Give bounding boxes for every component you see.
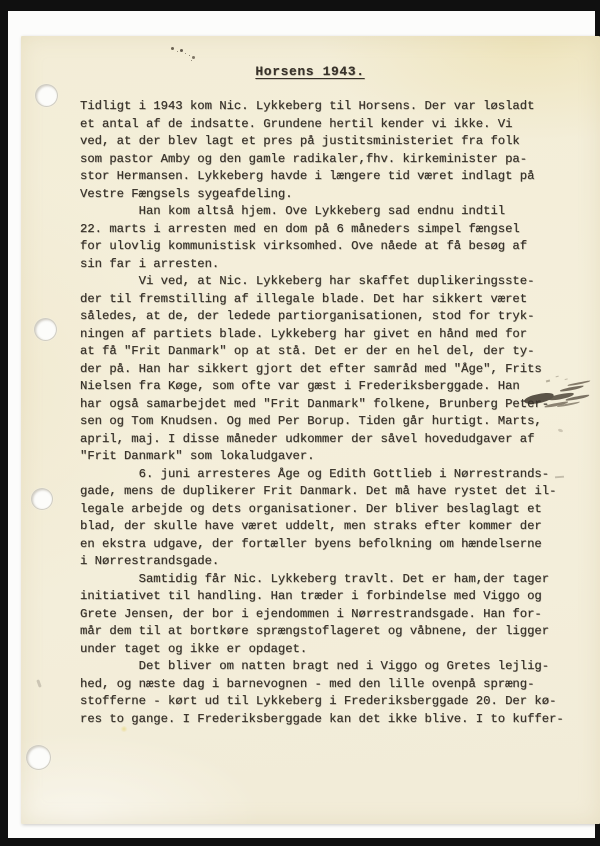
text-line: stor Hermansen. Lykkeberg havde i længer… bbox=[80, 168, 572, 186]
text-line: ningen af partiets blade. Lykkeberg har … bbox=[80, 326, 572, 344]
text-line: initiativet til handling. Han træder i f… bbox=[80, 588, 572, 606]
punch-hole bbox=[35, 84, 58, 107]
paragraph: Det bliver om natten bragt ned i Viggo o… bbox=[80, 658, 572, 728]
text-line: således, at de, der ledede partiorganisa… bbox=[80, 308, 572, 326]
document-page: Horsens 1943. Tidligt i 1943 kom Nic. Ly… bbox=[21, 36, 600, 824]
paragraph: Vi ved, at Nic. Lykkeberg har skaffet du… bbox=[80, 273, 572, 466]
text-line: en ekstra udgave, der fortæller byens be… bbox=[80, 536, 572, 554]
punch-hole bbox=[34, 318, 57, 341]
text-line: et antal af de indsatte. Grundene hertil… bbox=[80, 116, 572, 134]
text-line: hed, og næste dag i barnevognen - med de… bbox=[80, 676, 572, 694]
text-line: stofferne - kørt ud til Lykkeberg i Fred… bbox=[80, 693, 572, 711]
text-line: 6. juni arresteres Åge og Edith Gottlieb… bbox=[80, 466, 572, 484]
text-line: ved, at der blev lagt et pres på justits… bbox=[80, 133, 572, 151]
text-line: Grete Jensen, der bor i ejendommen i Nør… bbox=[80, 606, 572, 624]
scan-border-frame: Horsens 1943. Tidligt i 1943 kom Nic. Ly… bbox=[0, 0, 600, 846]
paragraph: Samtidig får Nic. Lykkeberg travlt. Det … bbox=[80, 571, 572, 659]
text-line: for ulovlig kommunistisk virksomhed. Ove… bbox=[80, 238, 572, 256]
text-line: gade, mens de duplikerer Frit Danmark. D… bbox=[80, 483, 572, 501]
text-line: sin far i arresten. bbox=[80, 256, 572, 274]
paragraph: Han kom altså hjem. Ove Lykkeberg sad en… bbox=[80, 203, 572, 273]
punch-hole bbox=[26, 745, 51, 770]
text-line: sen og Tom Knudsen. Og med Per Borup. Ti… bbox=[80, 413, 572, 431]
text-line: Samtidig får Nic. Lykkeberg travlt. Det … bbox=[80, 571, 572, 589]
pencil-mark bbox=[36, 679, 42, 688]
ink-smudge bbox=[171, 47, 174, 50]
punch-hole bbox=[31, 488, 53, 510]
text-line: Tidligt i 1943 kom Nic. Lykkeberg til Ho… bbox=[80, 98, 572, 116]
text-line: Det bliver om natten bragt ned i Viggo o… bbox=[80, 658, 572, 676]
text-line: at få "Frit Danmark" op at stå. Det er d… bbox=[80, 343, 572, 361]
text-line: 22. marts i arresten med en dom på 6 mån… bbox=[80, 221, 572, 239]
text-line: i Nørrestrandsgade. bbox=[80, 553, 572, 571]
text-line: res to gange. I Frederiksberggade kan de… bbox=[80, 711, 572, 729]
text-line: som pastor Amby og den gamle radikaler,f… bbox=[80, 151, 572, 169]
text-line: legale arbejde og dets organisationer. D… bbox=[80, 501, 572, 519]
text-line: "Frit Danmark" som lokaludgaver. bbox=[80, 448, 572, 466]
text-line: Vestre Fængsels sygeafdeling. bbox=[80, 186, 572, 204]
text-line: der på. Han har sikkert gjort det efter … bbox=[80, 361, 572, 379]
text-line: blad, der skulle have været uddelt, men … bbox=[80, 518, 572, 536]
document-body: Tidligt i 1943 kom Nic. Lykkeberg til Ho… bbox=[80, 98, 572, 728]
text-line: mår dem til at bortkøre sprængstoflagere… bbox=[80, 623, 572, 641]
text-line: under taget og ikke er opdaget. bbox=[80, 641, 572, 659]
text-line: Vi ved, at Nic. Lykkeberg har skaffet du… bbox=[80, 273, 572, 291]
text-line: har også samarbejdet med "Frit Danmark" … bbox=[80, 396, 572, 414]
paragraph: 6. juni arresteres Åge og Edith Gottlieb… bbox=[80, 466, 572, 571]
text-line: april, maj. I disse måneder udkommer der… bbox=[80, 431, 572, 449]
text-line: der til fremstilling af illegale blade. … bbox=[80, 291, 572, 309]
page-title: Horsens 1943. bbox=[80, 64, 540, 79]
paragraph: Tidligt i 1943 kom Nic. Lykkeberg til Ho… bbox=[80, 98, 572, 203]
text-line: Nielsen fra Køge, som ofte var gæst i Fr… bbox=[80, 378, 572, 396]
text-line: Han kom altså hjem. Ove Lykkeberg sad en… bbox=[80, 203, 572, 221]
